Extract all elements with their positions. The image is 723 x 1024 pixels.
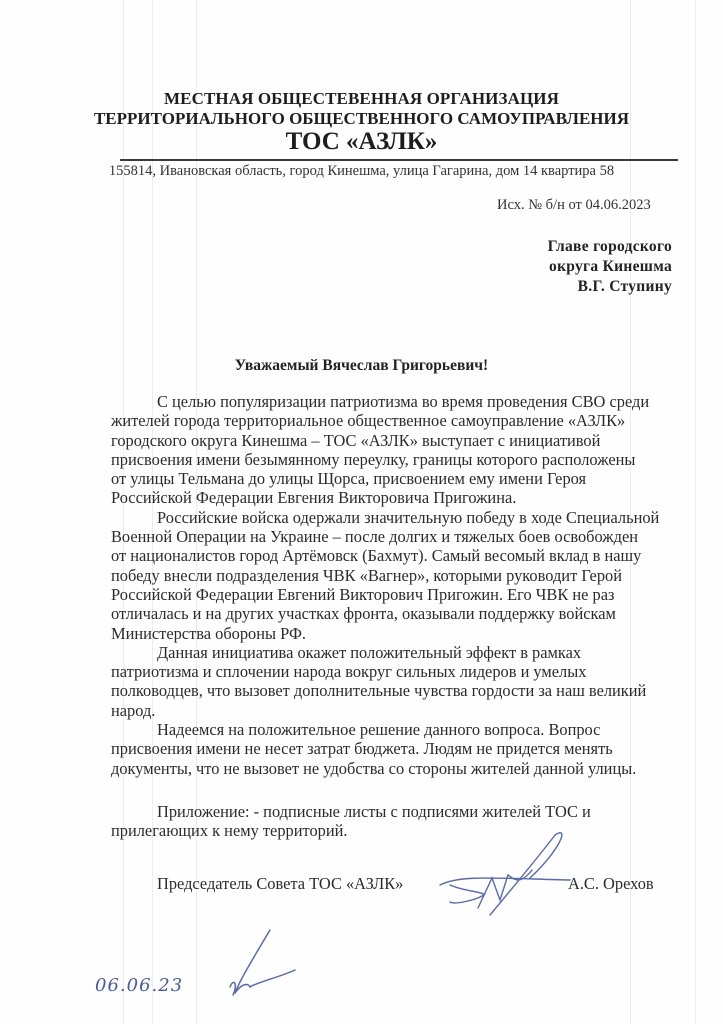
- body-line: С целью популяризации патриотизма во вре…: [111, 392, 691, 411]
- recipient-line: округа Кинешма: [548, 257, 672, 277]
- body-line: Российской Федерации Евгения Викторовича…: [111, 488, 691, 507]
- body-line: Российской Федерации Евгений Викторович …: [111, 585, 691, 604]
- body-line: городского округа Кинешма – ТОС «АЗЛК» в…: [111, 431, 691, 450]
- handwritten-date: 06.06.23: [95, 975, 183, 996]
- letterhead-line-1: МЕСТНАЯ ОБЩЕСТЕВЕННАЯ ОРГАНИЗАЦИЯ: [0, 89, 723, 109]
- recipient-line: Главе городского: [548, 237, 672, 257]
- paragraph-2: Российские войска одержали значительную …: [111, 508, 691, 643]
- body-line: народ.: [111, 701, 691, 720]
- body-line: документы, что не вызовет не удобства со…: [111, 759, 691, 778]
- outgoing-reference: Исх. № б/н от 04.06.2023: [497, 197, 651, 214]
- recipient-block: Главе городского округа Кинешма В.Г. Сту…: [548, 237, 672, 297]
- body-line: Данная инициатива окажет положительный э…: [111, 643, 691, 662]
- paragraph-1: С целью популяризации патриотизма во вре…: [111, 392, 691, 508]
- paragraph-4: Надеемся на положительное решение данног…: [111, 720, 691, 778]
- body-line: Надеемся на положительное решение данног…: [111, 720, 691, 739]
- signatory-title: Председатель Совета ТОС «АЗЛК»: [157, 874, 403, 894]
- body-line: победу внесли подразделения ЧВК «Вагнер»…: [111, 566, 691, 585]
- body-line: от улицы Тельмана до улицы Щорса, присво…: [111, 469, 691, 488]
- letterhead-divider: [120, 159, 678, 161]
- organization-name: ТОС «АЗЛК»: [0, 128, 723, 156]
- body-line: полководцев, что вызовет дополнительные …: [111, 681, 691, 700]
- body-line: жителей города территориальное обществен…: [111, 411, 691, 430]
- body-line: Военной Операции на Украине – после долг…: [111, 527, 691, 546]
- signatory-name: А.С. Орехов: [568, 874, 654, 894]
- body-line: Министерства обороны РФ.: [111, 624, 691, 643]
- body-line: отличалась и на других участках фронта, …: [111, 604, 691, 623]
- paragraph-3: Данная инициатива окажет положительный э…: [111, 643, 691, 720]
- body-line: присвоения имени безымянному переулку, г…: [111, 450, 691, 469]
- letterhead-line-2: ТЕРРИТОРИАЛЬНОГО ОБЩЕСТВЕННОГО САМОУПРАВ…: [0, 109, 723, 129]
- letter-body: С целью популяризации патриотизма во вре…: [111, 392, 691, 778]
- recipient-line: В.Г. Ступину: [548, 277, 672, 297]
- attachment-line: Приложение: - подписные листы с подписям…: [111, 802, 591, 821]
- body-line: от националистов город Артёмовск (Бахмут…: [111, 546, 691, 565]
- salutation: Уважаемый Вячеслав Григорьевич!: [0, 357, 723, 375]
- organization-address: 155814, Ивановская область, город Кинешм…: [0, 163, 723, 180]
- body-line: Российские войска одержали значительную …: [111, 508, 691, 527]
- handwritten-initial: [200, 925, 310, 1000]
- body-line: присвоения имени не несет затрат бюджета…: [111, 739, 691, 758]
- body-line: патриотизма и сплочении народа вокруг си…: [111, 662, 691, 681]
